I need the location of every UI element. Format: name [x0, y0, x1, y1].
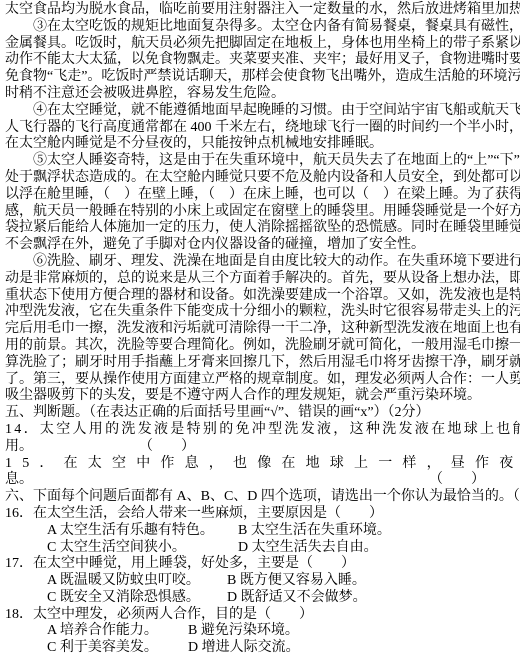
judgement-section-heading: 五、判断题。（在表达正确的后面括号里画“√”、错误的画“x”）（2分） [5, 405, 516, 422]
question-17-option-a: A 既温暖又防蚊虫叮咬。 [47, 573, 227, 590]
question-18-stem: 18．太空中理发，必须两人合作，目的是（ ） [5, 607, 516, 624]
question-16-options-row-2: C 太空生活空间狭小。 D 太空生活失去自由。 [5, 540, 516, 557]
article-line: 时稍不注意还会被吸进鼻腔，容易发生危险。 [5, 86, 516, 103]
article-paragraph-3-start: ③在太空吃饭的规矩比地面复杂得多。太空仓内备有简易餐桌，餐桌具有磁性，能吸住 [5, 19, 516, 36]
article-line: 冲型洗发液，它在失重条件下能变成十分细小的颗粒，洗头时它很容易带走头上的污垢，洗 [5, 304, 516, 321]
article-line: 重状态下使用方便合理的器材和设备。如洗澡要建成一个浴罩。又如，洗发液也是特制的免 [5, 288, 516, 305]
judgement-item-14-text: 14．太空人用的洗发液是特别的免冲型洗发液，这种洗发液在地球上也能 [5, 422, 516, 439]
question-18-options-row-2: C 利于美容美发。 D 增进人际交流。 [5, 640, 516, 657]
judgement-item-15-tail: 息。 （ ） [5, 472, 516, 489]
article-line: 人飞行器的飞行高度通常都在 400 千米左右，绕地球飞行一圈的时间约一个半小时，… [5, 120, 516, 137]
article-paragraph-5-start: ⑤太空人睡姿奇特，这是由于在失重环境中，航天员失去了在地面上的“上”“下”感觉 [5, 153, 516, 170]
question-17-options-row-1: A 既温暖又防蚊虫叮咬。 B 既方便又容易入睡。 [5, 573, 516, 590]
article-line: 动是非常麻烦的，总的说来是从三个方面着手解决的。首先，要从设备上想办法，即制造失 [5, 271, 516, 288]
question-18-option-c: C 利于美容美发。 [47, 640, 188, 657]
article-line: 免食物“飞走”。吃饭时严禁说话聊天，那样会使食物飞出嘴外，造成生活舱的环境污染，… [5, 69, 516, 86]
question-16-option-d: D 太空生活失去自由。 [238, 540, 378, 557]
exam-paper-page: 太空食品均为脱水食品，临吃前要用注射器注入一定数量的水，然后放进烤箱里加热食用。… [0, 0, 520, 658]
question-17-option-c: C 既安全又消除恐惧感。 [47, 590, 227, 607]
question-17-options-row-2: C 既安全又消除恐惧感。 D 既舒适又不会做梦。 [5, 590, 516, 607]
question-17-stem: 17．在太空中睡觉，用上睡袋，好处多，主要是（ ） [5, 556, 516, 573]
judgement-item-15-text: 15．在太空中作息，也像在地球上一样，昼作夜 [5, 456, 516, 473]
judgement-item-14-tail: 用。 （ ） [5, 439, 516, 456]
article-paragraph-6-start: ⑥洗脸、刷牙、理发、洗澡在地面是自由度比较大的动作。在失重环境下要进行这些活 [5, 254, 516, 271]
article-line: 金属餐具。吃饭时，航天员必须先把脚固定在地板上，身体也用坐椅上的带子系紧以免飘动… [5, 36, 516, 53]
article-line: 袋拉紧后能给人体施加一定的压力，使人消除摇摇欲坠的恐慌感。同时在睡袋里睡觉，手脚 [5, 220, 516, 237]
article-line: 感，航天员一般睡在特别的小床上或固定在窗壁上的睡袋里。用睡袋睡觉是一个好方法，睡 [5, 204, 516, 221]
question-17-option-d: D 既舒适又不会做梦。 [227, 590, 367, 607]
question-16-option-c: C 太空生活空间狭小。 [47, 540, 238, 557]
question-18-option-d: D 增进人际交流。 [188, 640, 300, 657]
judgement-item-15-text-end: 息。 [5, 472, 33, 489]
question-18-option-a: A 培养合作能力。 [47, 623, 188, 640]
judgement-item-14-text-end: 用。 [5, 439, 33, 456]
question-16-option-b: B 太空生活在失重环境。 [238, 523, 391, 540]
article-paragraph-4-start: ④在太空睡觉，就不能遵循地面早起晚睡的习惯。由于空间站宇宙飞船或航天飞机等载 [5, 103, 516, 120]
article-line: 不会飘浮在外，避免了手脚对仓内仪器设备的碰撞，增加了安全性。 [5, 237, 516, 254]
article-line-with-blanks: 以浮在舱里睡，（ ）在壁上睡，（ ）在床上睡，也可以（ ）在梁上睡。为了获得安全 [5, 187, 516, 204]
judgement-item-14-answer-blank: （ ） [139, 439, 195, 456]
article-line: 算洗脸了；刷牙时用手指蘸上牙膏来回擦几下，然后用湿毛巾将牙齿擦干净，刷牙就算完成 [5, 355, 516, 372]
question-16-options-row-1: A 太空生活有乐趣有特色。 B 太空生活在失重环境。 [5, 523, 516, 540]
question-17-option-b: B 既方便又容易入睡。 [227, 573, 366, 590]
question-16-option-a: A 太空生活有乐趣有特色。 [47, 523, 238, 540]
article-line: 在太空舱内睡觉是不分昼夜的，只能按钟点机械地安排睡眠。 [5, 136, 516, 153]
question-16-stem: 16．在太空生活，会给人带来一些麻烦，主要原因是（ ） [5, 506, 516, 523]
article-line: 了。第三，要从操作使用方面建立严格的规章制度。如，理发必须两人合作：一人剪一人用 [5, 372, 516, 389]
article-line: 太空食品均为脱水食品，临吃前要用注射器注入一定数量的水，然后放进烤箱里加热食用。 [5, 2, 516, 19]
judgement-item-15-answer-blank: （ ） [429, 472, 485, 489]
article-line: 用的前景。其次，洗脸等要合理简化。例如，洗脸刷牙就可简化，一般用湿毛巾擦一擦脸就 [5, 338, 516, 355]
choice-section-heading: 六、下面每个问题后面都有 A、B、C、D 四个选项，请选出一个你认为最恰当的。（… [5, 489, 516, 506]
question-18-option-b: B 避免污染环境。 [188, 623, 299, 640]
question-18-options-row-1: A 培养合作能力。 B 避免污染环境。 [5, 623, 516, 640]
article-line: 完后用毛巾一擦，洗发液和污垢就可清除得一干二净，这种新型洗发液在地面上也有推广应 [5, 321, 516, 338]
article-line: 动作不能太大太猛，以免食物飘走。夹菜要夹准、夹牢；最好用叉子，食物进嘴时要快，以 [5, 52, 516, 69]
article-line: 处于飘浮状态造成的。在太空舱内睡觉只要不危及舱内设备和人员安全，到处都可以睡，可 [5, 170, 516, 187]
article-line: 吸尘器吸剪下的头发，要是不遵守两人合作的理发规矩，就会严重污染环境。 [5, 388, 516, 405]
